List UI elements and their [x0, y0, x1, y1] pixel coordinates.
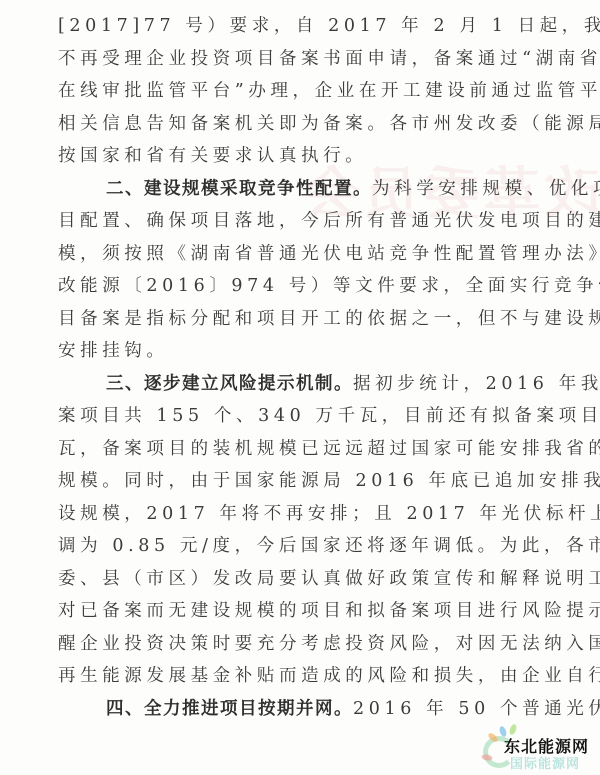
text-line: 在线审批监管平台”办理，企业在开工建设前通过监管平台将 [58, 75, 534, 108]
watermark-logo: 国际能源网 东北能源网 [480, 722, 600, 772]
text-line: 调为 0.85 元/度，今后国家还将逐年调低。为此，各市州发改 [58, 530, 534, 563]
section-2-heading: 二、建设规模采取竞争性配置。 [106, 179, 372, 199]
text-line: 案项目共 155 个、340 万千瓦，目前还有拟备案项目约 50 万千 [58, 400, 534, 433]
section-3-first-line: 三、逐步建立风险提示机制。据初步统计，2016 年我省备 [58, 368, 534, 401]
text-line: 对已备案而无建设规模的项目和拟备案项目进行风险提示，提 [58, 595, 534, 628]
text-line: 按国家和省有关要求认真执行。 [58, 140, 534, 173]
section-2-text: 为科学安排规模、优化项 [372, 179, 600, 199]
watermark-main-text: 东北能源网 [504, 734, 589, 757]
text-line: 规模。同时，由于国家能源局 2016 年底已追加安排我省部分建 [58, 465, 534, 498]
section-4-text: 2016 年 50 个普通光伏发电项 [353, 699, 600, 719]
text-line: 相关信息告知备案机关即为备案。各市州发改委（能源局）要 [58, 108, 534, 141]
text-line: 目配置、确保项目落地，今后所有普通光伏发电项目的建设规 [58, 205, 534, 238]
text-line: 瓦，备案项目的装机规模已远远超过国家可能安排我省的建设 [58, 433, 534, 466]
section-2-first-line: 二、建设规模采取竞争性配置。为科学安排规模、优化项 [58, 173, 534, 206]
text-line: 委、县（市区）发改局要认真做好政策宣传和解释说明工作， [58, 563, 534, 596]
document-page: [2017]77 号）要求，自 2017 年 2 月 1 日起，我省光伏发电项目… [58, 10, 534, 725]
text-line: 模，须按照《湖南省普通光伏电站竞争性配置管理办法》（湘发 [58, 238, 534, 271]
text-line: 目备案是指标分配和项目开工的依据之一，但不与建设规模的 [58, 303, 534, 336]
section-3-text: 据初步统计，2016 年我省备 [353, 374, 600, 394]
text-line: [2017]77 号）要求，自 2017 年 2 月 1 日起，我省光伏发电项目 [58, 10, 534, 43]
section-3-heading: 三、逐步建立风险提示机制。 [106, 374, 353, 394]
text-line: 安排挂钩。 [58, 335, 534, 368]
text-line: 醒企业投资决策时要充分考虑投资风险，对因无法纳入国家可 [58, 628, 534, 661]
section-4-first-line: 四、全力推进项目按期并网。2016 年 50 个普通光伏发电项 [58, 693, 534, 726]
text-line: 改能源〔2016〕974 号）等文件要求，全面实行竞争性配置。项 [58, 270, 534, 303]
section-4-heading: 四、全力推进项目按期并网。 [106, 699, 353, 719]
text-line: 不再受理企业投资项目备案书面申请，备案通过“湖南省投资 [58, 43, 534, 76]
text-line: 再生能源发展基金补贴而造成的风险和损失，由企业自行承担。 [58, 660, 534, 693]
text-line: 设规模，2017 年将不再安排；且 2017 年光伏标杆上网电价已下 [58, 498, 534, 531]
